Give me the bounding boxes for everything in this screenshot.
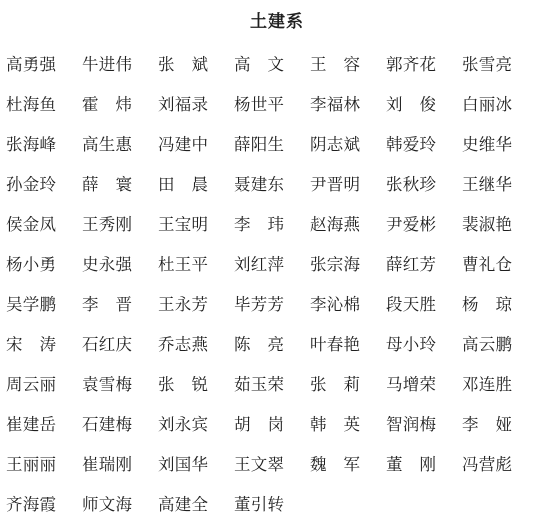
person-name: 茹玉荣 (234, 374, 284, 396)
person-name: 郭齐花 (386, 54, 436, 76)
person-name: 杜海鱼 (6, 94, 56, 116)
person-name: 李晋 (82, 294, 132, 316)
person-name: 吴学鹏 (6, 294, 56, 316)
person-name: 张莉 (310, 374, 360, 396)
person-name: 李玮 (234, 214, 284, 236)
name-row: 宋涛石红庆乔志燕陈亮叶春艳母小玲高云鹏 (6, 325, 554, 365)
person-name: 杨琼 (462, 294, 512, 316)
person-name: 史维华 (462, 134, 512, 156)
person-name: 李娅 (462, 414, 512, 436)
person-name: 崔瑞刚 (82, 454, 132, 476)
person-name: 李福林 (310, 94, 360, 116)
person-name: 乔志燕 (158, 334, 208, 356)
person-name: 胡岗 (234, 414, 284, 436)
person-name: 刘红萍 (234, 254, 284, 276)
name-row: 杨小勇史永强杜王平刘红萍张宗海薛红芳曹礼仓 (6, 245, 554, 285)
person-name: 尹爱彬 (386, 214, 436, 236)
person-name: 袁雪梅 (82, 374, 132, 396)
person-name: 赵海燕 (310, 214, 360, 236)
name-row: 张海峰高生惠冯建中薛阳生阴志斌韩爱玲史维华 (6, 125, 554, 165)
person-name: 叶春艳 (310, 334, 360, 356)
name-grid: 高勇强牛进伟张斌高文王容郭齐花张雪亮杜海鱼霍炜刘福录杨世平李福林刘俊白丽冰张海峰… (0, 45, 554, 525)
person-name: 魏军 (310, 454, 360, 476)
person-name: 石建梅 (82, 414, 132, 436)
person-name: 王永芳 (158, 294, 208, 316)
person-name: 邓连胜 (462, 374, 512, 396)
page-title: 土建系 (0, 0, 554, 32)
person-name: 师文海 (82, 494, 132, 516)
person-name: 韩爱玲 (386, 134, 436, 156)
person-name: 齐海霞 (6, 494, 56, 516)
person-name: 张宗海 (310, 254, 360, 276)
person-name: 刘永宾 (158, 414, 208, 436)
name-row: 周云丽袁雪梅张锐茹玉荣张莉马增荣邓连胜 (6, 365, 554, 405)
person-name: 李沁棉 (310, 294, 360, 316)
person-name: 尹晋明 (310, 174, 360, 196)
name-row: 孙金玲薛寰田晨聂建东尹晋明张秋珍王继华 (6, 165, 554, 205)
person-name: 张雪亮 (462, 54, 512, 76)
person-name: 王继华 (462, 174, 512, 196)
person-name: 周云丽 (6, 374, 56, 396)
person-name: 杨世平 (234, 94, 284, 116)
person-name: 母小玲 (386, 334, 436, 356)
person-name: 韩英 (310, 414, 360, 436)
person-name: 高勇强 (6, 54, 56, 76)
person-name: 高文 (234, 54, 284, 76)
name-row: 崔建岳石建梅刘永宾胡岗韩英智润梅李娅 (6, 405, 554, 445)
person-name: 毕芳芳 (234, 294, 284, 316)
person-name: 陈亮 (234, 334, 284, 356)
name-row: 吴学鹏李晋王永芳毕芳芳李沁棉段天胜杨琼 (6, 285, 554, 325)
person-name: 薛红芳 (386, 254, 436, 276)
name-row: 齐海霞师文海高建全董引转 (6, 485, 554, 525)
person-name: 裴淑艳 (462, 214, 512, 236)
person-name: 史永强 (82, 254, 132, 276)
person-name: 智润梅 (386, 414, 436, 436)
person-name: 张斌 (158, 54, 208, 76)
person-name: 杨小勇 (6, 254, 56, 276)
person-name: 牛进伟 (82, 54, 132, 76)
person-name: 王容 (310, 54, 360, 76)
name-row: 侯金凤王秀刚王宝明李玮赵海燕尹爱彬裴淑艳 (6, 205, 554, 245)
person-name: 刘国华 (158, 454, 208, 476)
person-name: 王丽丽 (6, 454, 56, 476)
person-name: 崔建岳 (6, 414, 56, 436)
person-name: 石红庆 (82, 334, 132, 356)
person-name: 薛阳生 (234, 134, 284, 156)
person-name: 高生惠 (82, 134, 132, 156)
person-name: 段天胜 (386, 294, 436, 316)
name-row: 王丽丽崔瑞刚刘国华王文翠魏军董刚冯营彪 (6, 445, 554, 485)
person-name: 霍炜 (82, 94, 132, 116)
person-name: 张海峰 (6, 134, 56, 156)
person-name: 薛寰 (82, 174, 132, 196)
person-name: 刘福录 (158, 94, 208, 116)
name-row: 杜海鱼霍炜刘福录杨世平李福林刘俊白丽冰 (6, 85, 554, 125)
person-name: 侯金凤 (6, 214, 56, 236)
person-name: 马增荣 (386, 374, 436, 396)
person-name: 聂建东 (234, 174, 284, 196)
person-name: 王宝明 (158, 214, 208, 236)
person-name: 田晨 (158, 174, 208, 196)
person-name: 高建全 (158, 494, 208, 516)
person-name: 孙金玲 (6, 174, 56, 196)
person-name: 高云鹏 (462, 334, 512, 356)
person-name: 董引转 (234, 494, 284, 516)
person-name: 张锐 (158, 374, 208, 396)
person-name: 刘俊 (386, 94, 436, 116)
name-row: 高勇强牛进伟张斌高文王容郭齐花张雪亮 (6, 45, 554, 85)
person-name: 张秋珍 (386, 174, 436, 196)
person-name: 王秀刚 (82, 214, 132, 236)
person-name: 曹礼仓 (462, 254, 512, 276)
person-name: 冯营彪 (462, 454, 512, 476)
person-name: 杜王平 (158, 254, 208, 276)
person-name: 王文翠 (234, 454, 284, 476)
person-name: 董刚 (386, 454, 436, 476)
person-name: 冯建中 (158, 134, 208, 156)
person-name: 白丽冰 (462, 94, 512, 116)
person-name: 宋涛 (6, 334, 56, 356)
person-name: 阴志斌 (310, 134, 360, 156)
